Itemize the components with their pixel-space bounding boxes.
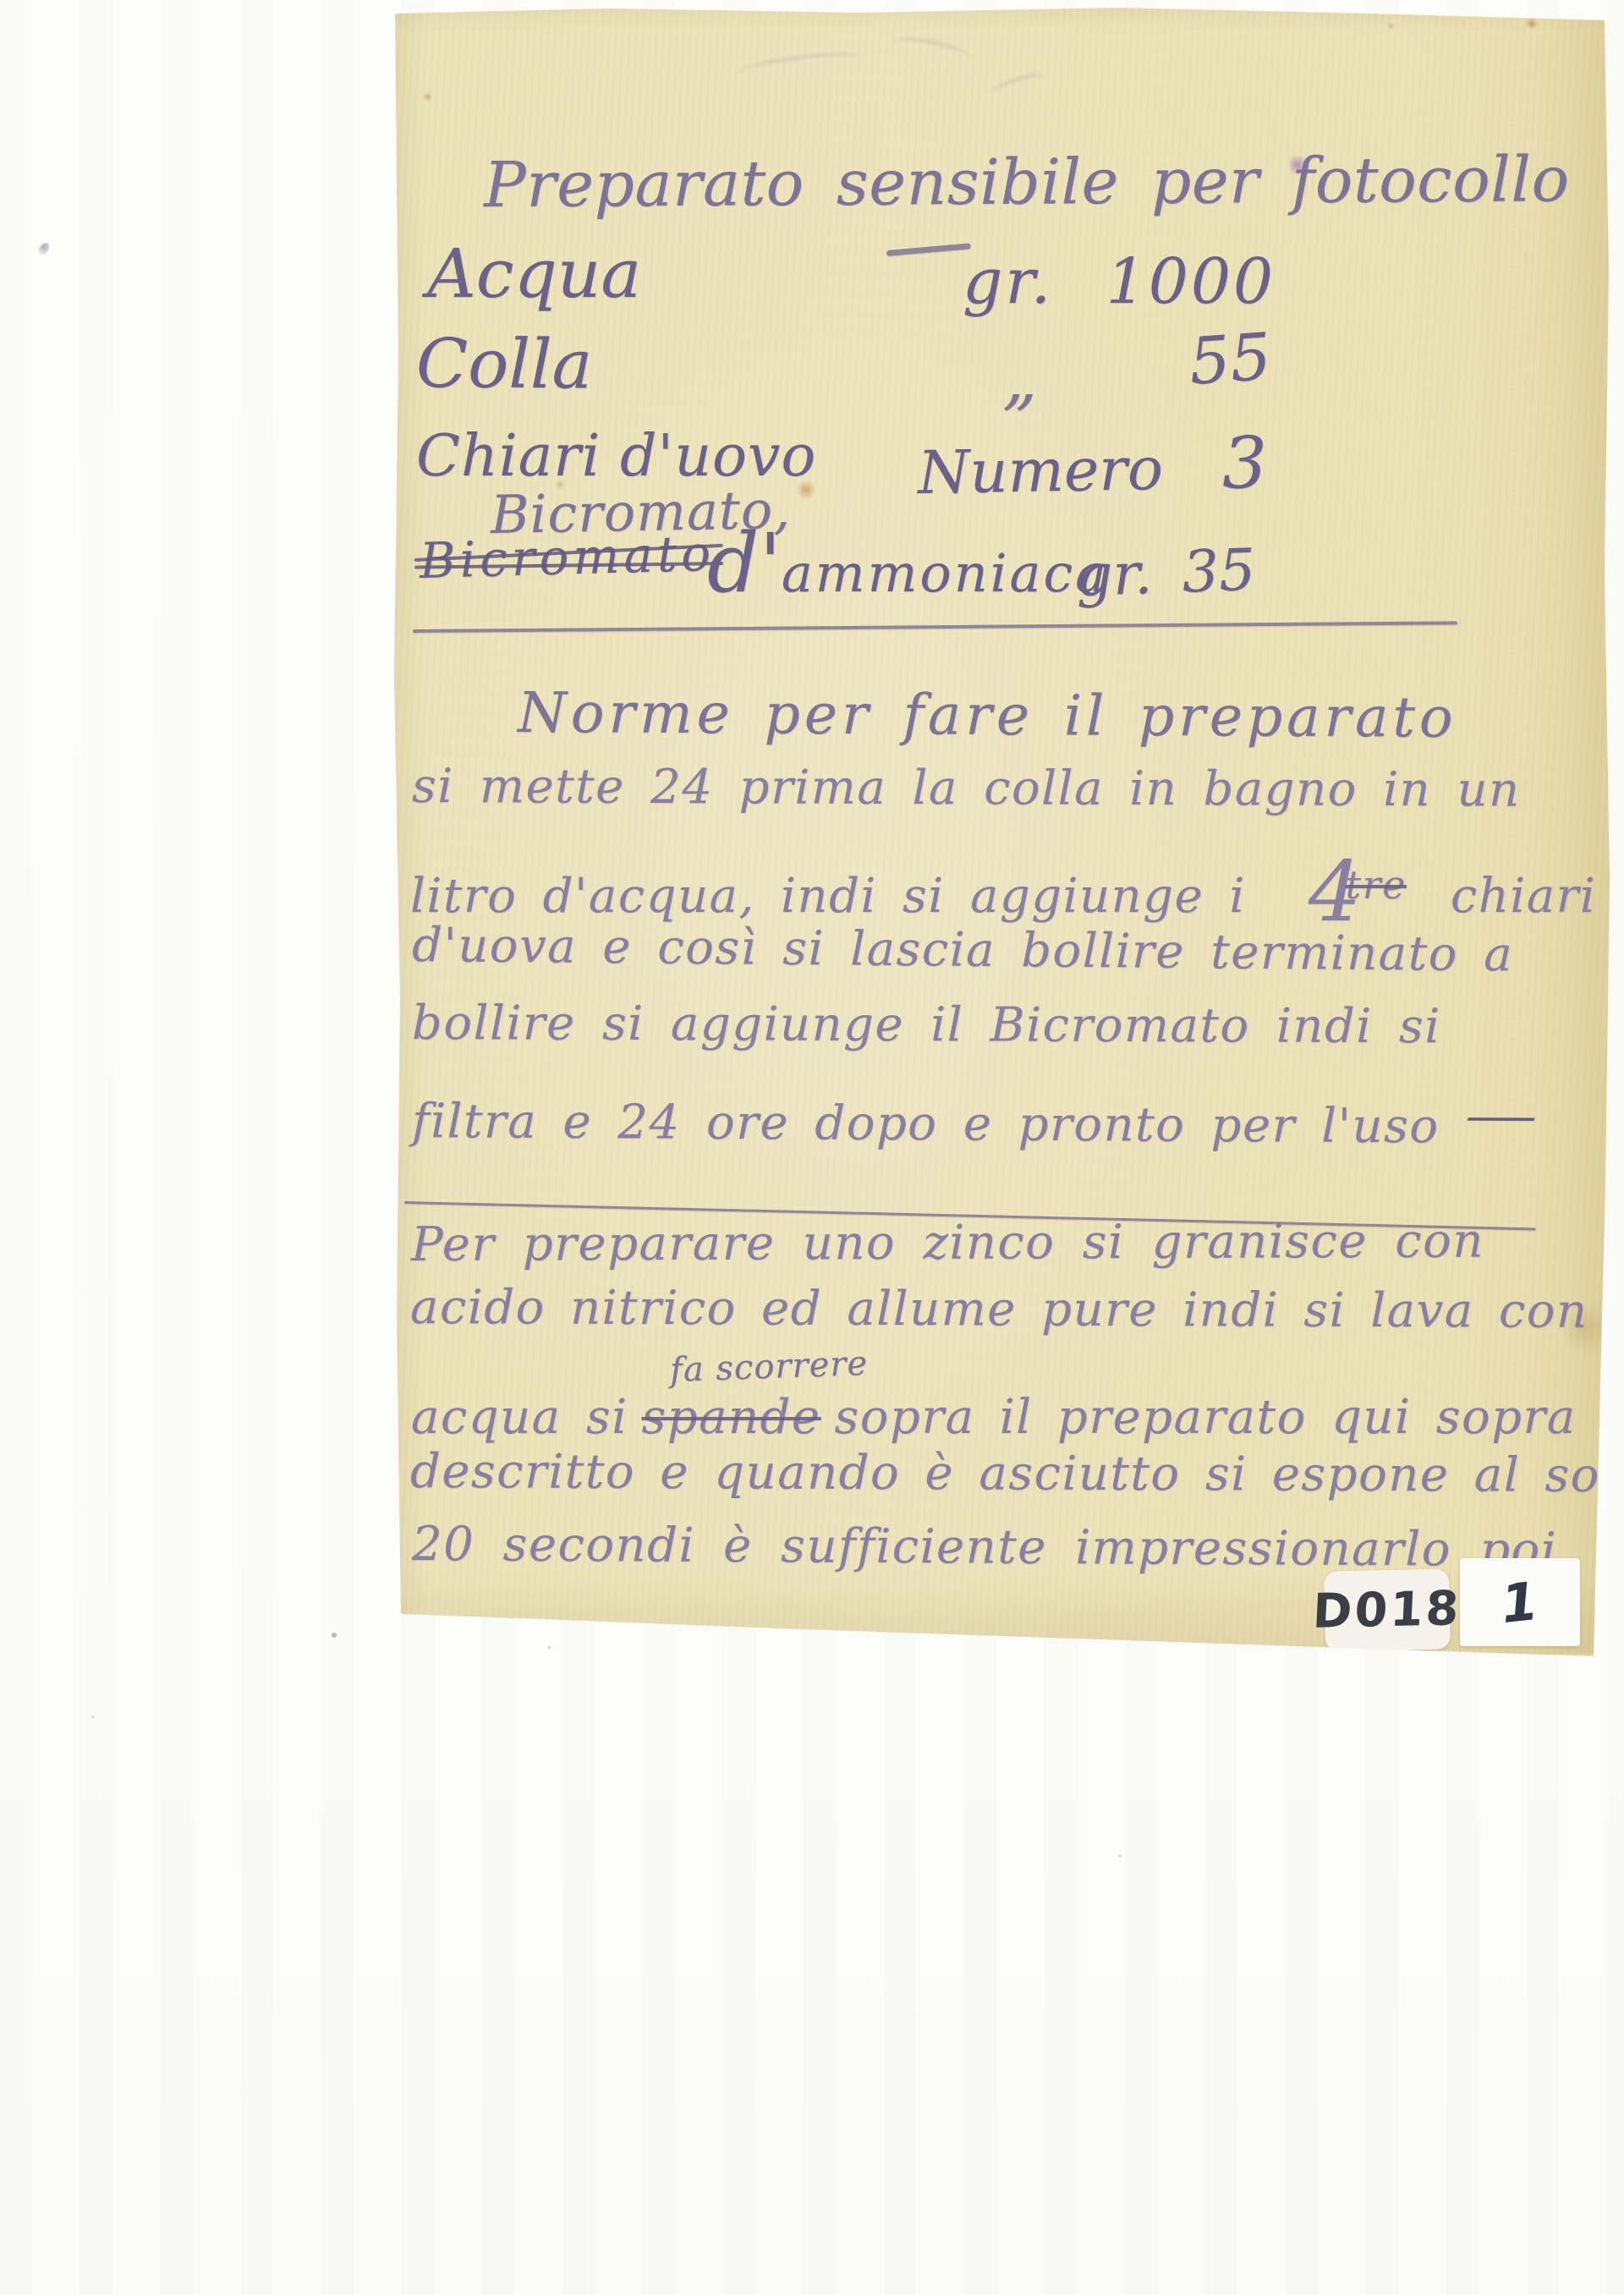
ingredient-name-chiari: Chiari d'uovo	[416, 428, 816, 486]
usage-line-2: acido nitrico ed allume pure indi si lav…	[410, 1284, 1588, 1336]
ghost-writing-mark	[888, 32, 976, 73]
ingredient-name-ammoniaca: d'ammoniaca	[707, 523, 1109, 604]
archive-code-sticker: D018	[1324, 1568, 1451, 1651]
pencil-dot	[332, 1633, 337, 1638]
ingredient-struck-word: Bicromato	[419, 529, 716, 585]
ghost-writing-mark	[987, 69, 1049, 104]
usage-line-3-text-b: sopra il preparato qui sopra	[835, 1394, 1577, 1441]
ingredient-name-colla: Colla	[416, 330, 593, 398]
dust-speck	[548, 1646, 551, 1649]
usage-line-5: 20 secondi è sufficiente impressionarlo …	[412, 1521, 1557, 1574]
paper-edge-shade-top	[392, 7, 1607, 32]
dust-speck	[91, 1716, 94, 1718]
procedure-line-1: si mette 24 prima la colla in bagno in u…	[412, 763, 1521, 815]
usage-line-3: acqua sispandesopra il preparato qui sop…	[411, 1394, 1577, 1441]
word-chiari: chiari	[1451, 873, 1596, 920]
page-number-sticker: 1	[1460, 1558, 1580, 1646]
ingredient-qty-bicromato: gr. 35	[1075, 542, 1257, 606]
title-underline-dash	[886, 243, 971, 256]
archive-code-text: D018	[1312, 1581, 1463, 1639]
procedure-line-3: d'uova e così si lascia bollire terminat…	[412, 922, 1514, 979]
usage-insertion-fa-scorrere: fa scorrere	[669, 1347, 868, 1387]
rust-stain	[423, 91, 432, 102]
page-number-text: 1	[1499, 1569, 1542, 1634]
procedure-line-2: litro d'acqua, indi si aggiunge i4trechi…	[410, 843, 1596, 925]
ingredient-name-acqua: Acqua	[427, 240, 641, 308]
dust-speck	[1118, 1854, 1122, 1858]
procedure-line-2-text: litro d'acqua, indi si aggiunge i	[410, 869, 1246, 924]
usage-line-4: descritto e quando è asciutto si espone …	[410, 1448, 1624, 1500]
usage-line-1: Per preparare uno zinco si granisce con	[411, 1218, 1484, 1269]
scanned-page: Preparato sensibile per fotocollo Acqua …	[0, 0, 1624, 2295]
procedure-line-5: filtra e 24 ore dopo e pronto per l'uso—	[412, 1076, 1539, 1155]
procedure-line-4: bollire si aggiunge il Bicromato indi si	[412, 1000, 1441, 1051]
procedure-line-5-text: filtra e 24 ore dopo e pronto per l'uso	[412, 1094, 1440, 1154]
ingredient-qty-acqua: gr. 1000	[963, 250, 1276, 313]
usage-line-3-text-a: acqua si	[411, 1390, 628, 1445]
ingredient-qty-colla: 55	[1187, 324, 1273, 394]
ghost-writing-mark	[735, 48, 864, 84]
struck-word-tre: tre	[1346, 865, 1407, 904]
apostrophe-d-flourish: d'	[707, 523, 782, 604]
paper-sheet: Preparato sensibile per fotocollo Acqua …	[0, 0, 1624, 2295]
pencil-mark	[36, 241, 51, 260]
qty-value-3: 3	[1221, 427, 1268, 499]
rust-stain	[1526, 17, 1538, 30]
ingredient-ditto-mark: „	[1002, 345, 1042, 413]
section-heading: Norme per fare il preparato	[518, 685, 1457, 746]
separator-rule-1	[413, 621, 1457, 632]
qty-label-numero: Numero	[917, 434, 1163, 508]
end-dash: —	[1464, 1093, 1539, 1139]
document-title: Preparato sensibile per fotocollo	[484, 148, 1570, 217]
struck-word-spande: spande	[642, 1394, 821, 1441]
rust-stain	[1387, 22, 1395, 30]
ammoniaca-word: ammoniaca	[782, 547, 1109, 600]
ingredient-qty-chiari: Numero3	[917, 427, 1268, 504]
